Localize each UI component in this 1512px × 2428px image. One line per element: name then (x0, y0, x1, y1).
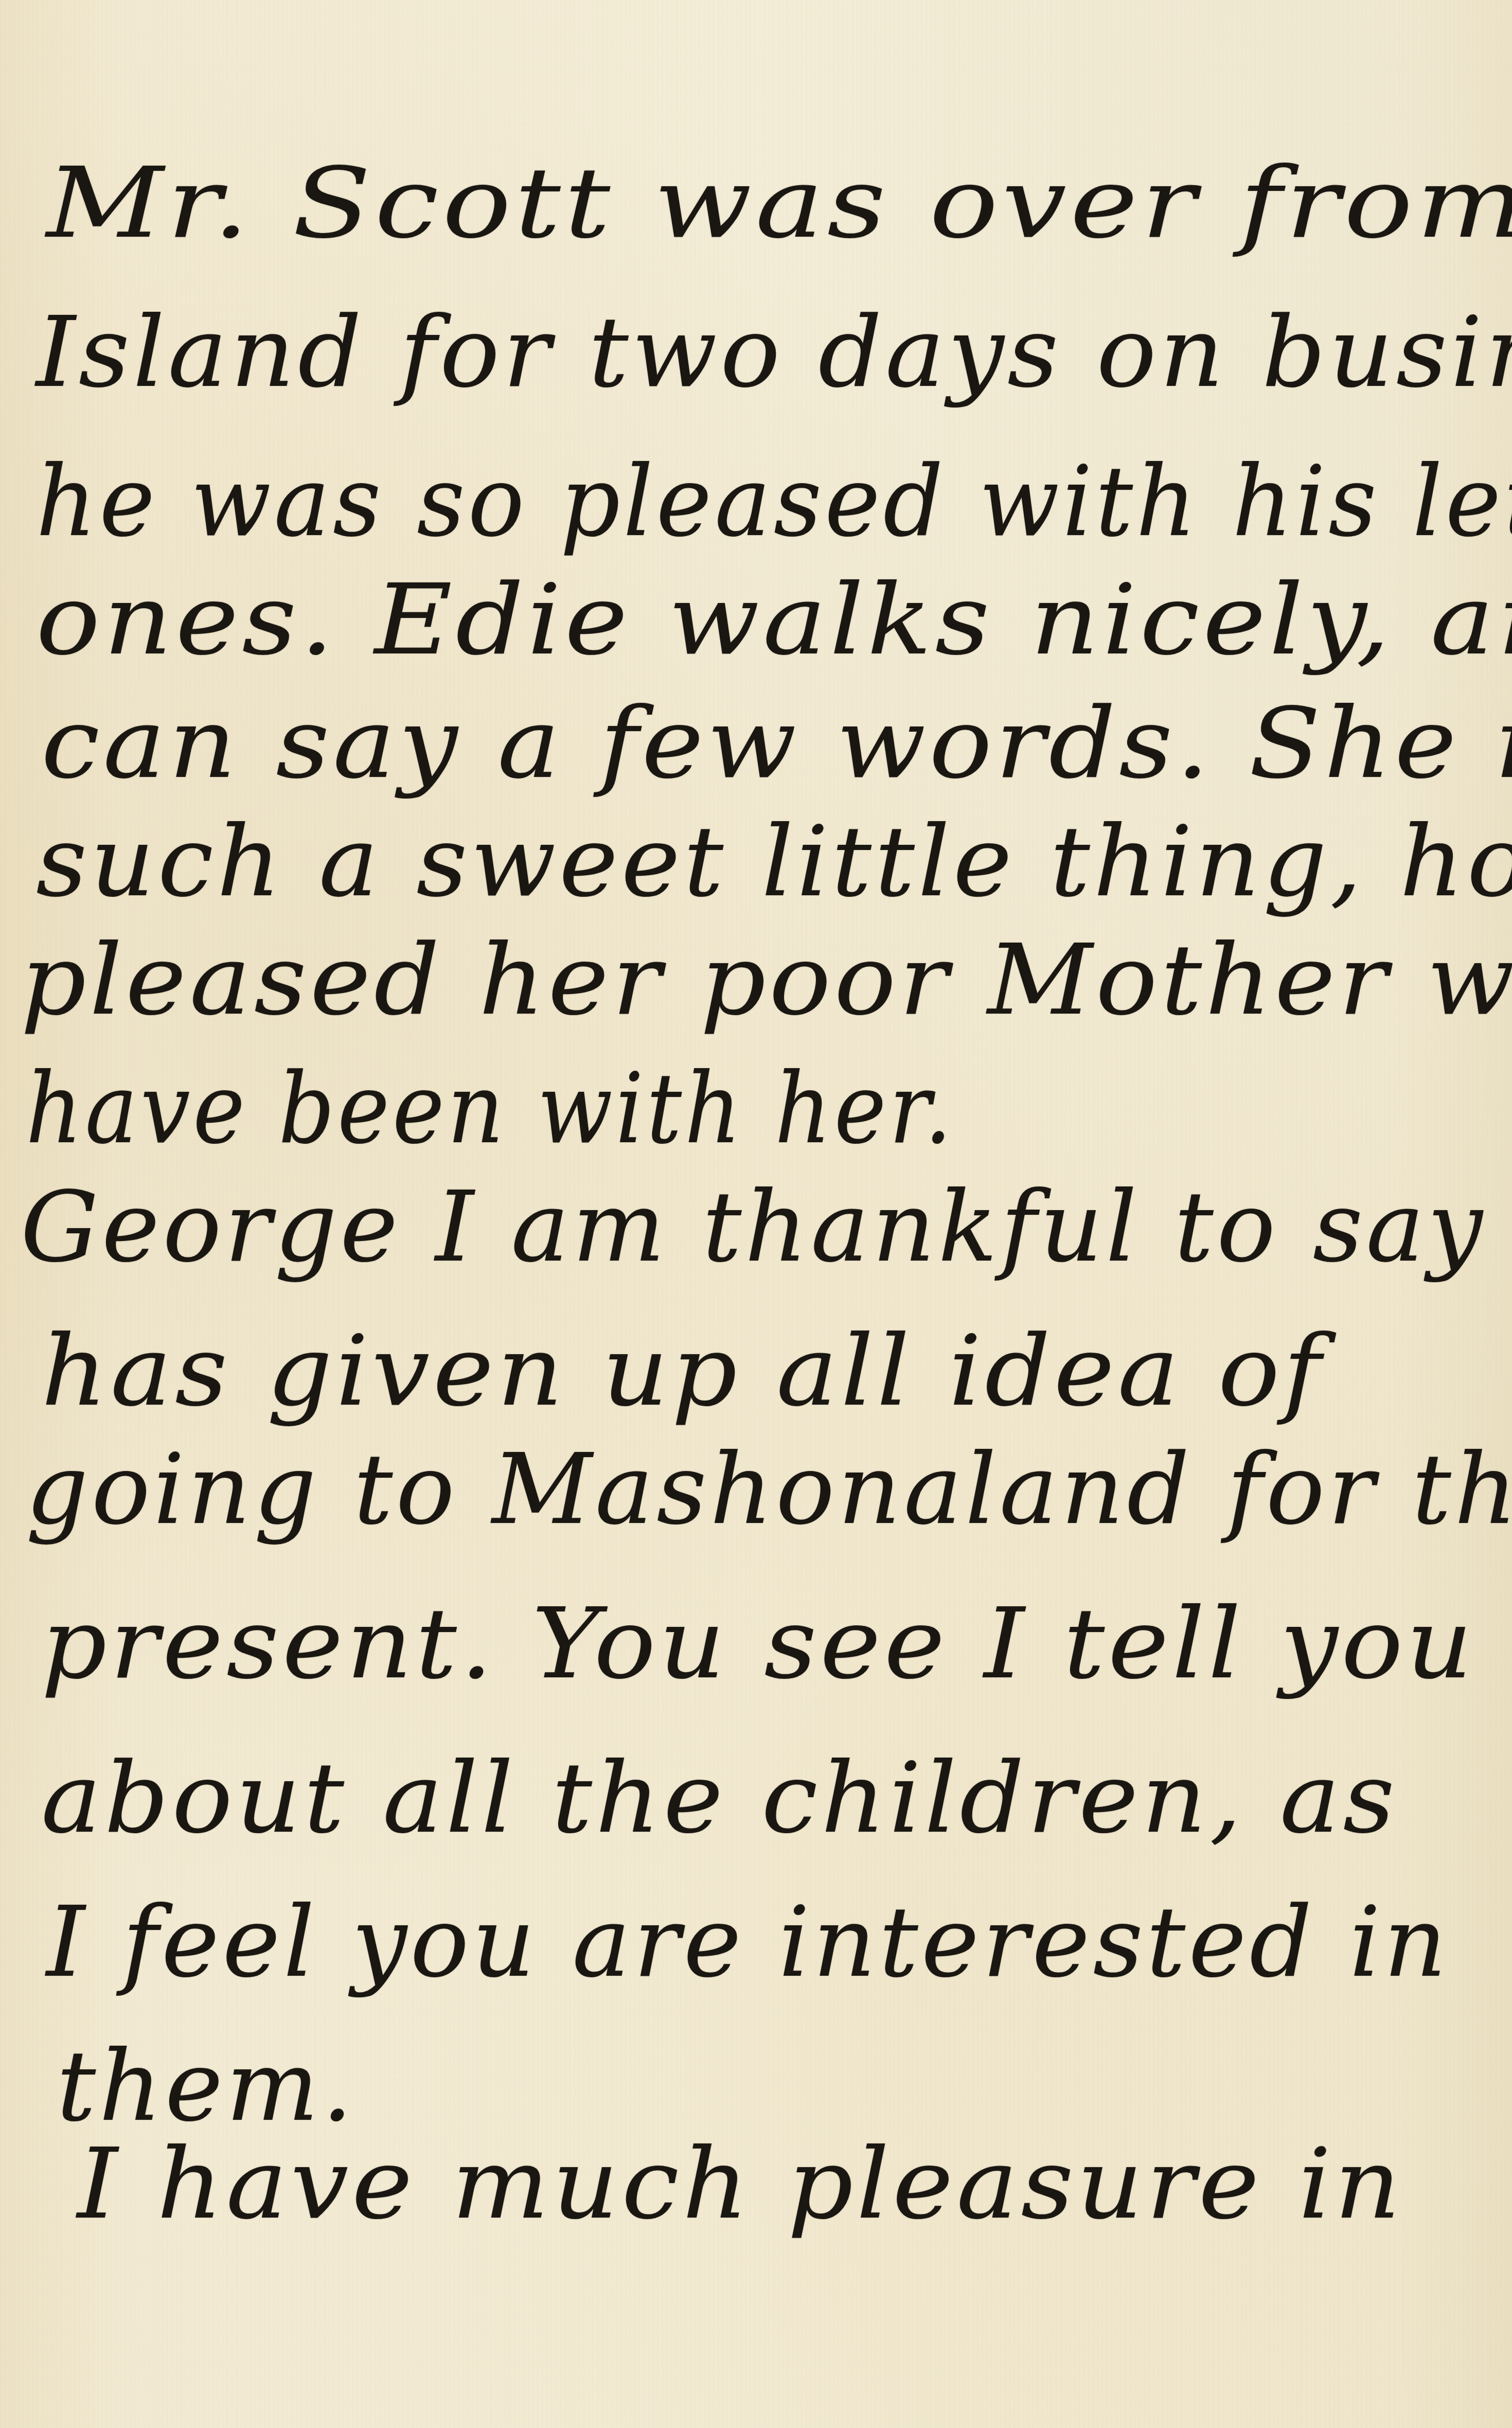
letter-line-3: he was so pleased with his letter (36, 453, 1512, 551)
letter-line-4: ones. Edie walks nicely, and (36, 571, 1512, 669)
letter-line-9: George I am thankful to say (21, 1178, 1486, 1276)
letter-line-13: about all the children, as (41, 1749, 1398, 1847)
letter-page: Mr. Scott was over from the Island for t… (0, 0, 1512, 2428)
letter-line-10: has given up all idea of (41, 1322, 1324, 1420)
letter-line-7: pleased her poor Mother would (21, 931, 1512, 1029)
letter-line-11: going to Mashonaland for the (26, 1441, 1512, 1538)
letter-line-2: Island for two days on business, (36, 304, 1512, 401)
letter-line-14: I feel you are interested in (46, 1893, 1450, 1991)
letter-line-8: have been with her. (26, 1060, 955, 1158)
letter-line-15: them. (57, 2037, 356, 2135)
letter-line-6: such a sweet little thing, how (36, 813, 1512, 911)
letter-line-5: can say a few words. She is (41, 695, 1512, 792)
letter-line-16: I have much pleasure in (77, 2135, 1404, 2233)
letter-line-1: Mr. Scott was over from the (46, 154, 1512, 252)
letter-line-12: present. You see I tell you (41, 1595, 1475, 1693)
